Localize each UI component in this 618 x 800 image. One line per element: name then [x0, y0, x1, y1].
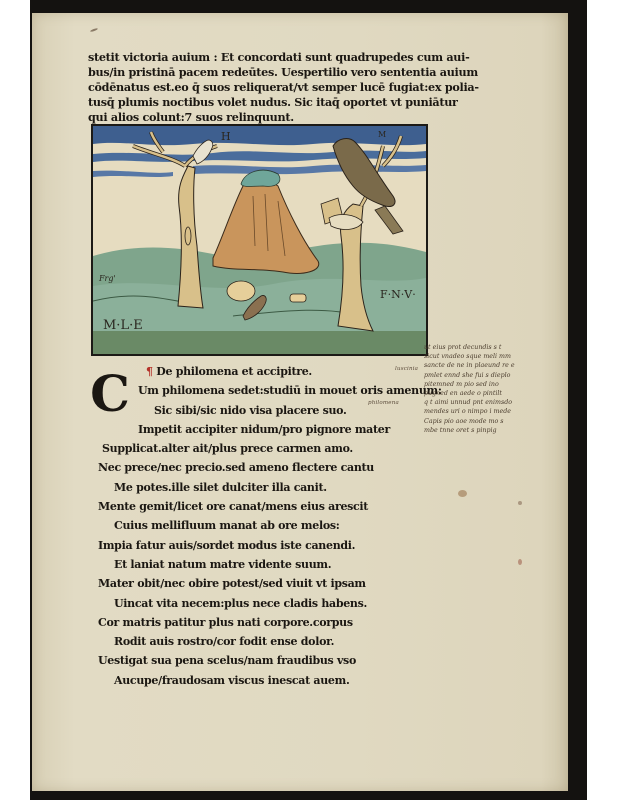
woodcut-label-top-center: H [221, 130, 231, 143]
poem-line: Cor matris patitur plus nati corpore.cor… [98, 613, 442, 632]
poem-line: Nec prece/nec precio.sed ameno flectere … [98, 458, 442, 477]
poem-line: Rodit auis rostro/cor fodit ense dolor. [98, 632, 442, 651]
marginalia-line: pitemned m pio sed ino [424, 380, 564, 389]
marginalia-line: mbe tnne oret s pinpig [424, 426, 564, 435]
ink-blot [90, 28, 98, 33]
poem-line: Uincat vita necem:plus nece cladis haben… [98, 594, 442, 613]
prose-line: stetit victoria auium : Et concordati su… [88, 50, 423, 65]
poem-line: Impetit accipiter nidum/pro pignore mate… [98, 420, 442, 439]
prose-text: stetit victoria auium : Et concordati su… [88, 50, 423, 125]
woodcut-label-bottom-left: M·L·E [103, 318, 143, 333]
foxing-spot [518, 501, 522, 505]
poem: ¶ De philomena et accipitre. Um philomen… [98, 362, 442, 690]
interlinear-gloss: luscinia [395, 366, 418, 372]
poem-title-row: ¶ De philomena et accipitre. [98, 362, 442, 381]
interlinear-gloss: philomena [368, 400, 399, 406]
poem-line: Um philomena sedet:studiū in mouet oris … [98, 381, 442, 400]
poem-line: Uestigat sua pena scelus/nam fraudibus v… [98, 651, 442, 670]
poem-line: Aucupe/fraudosam viscus inescat auem. [98, 671, 442, 690]
woodcut-illustration: H M M·L·E F·N·V· Frg' [91, 124, 428, 356]
marginalia-line: mendes uri o nimpo i mede [424, 407, 564, 416]
poem-title: De philomena et accipitre. [156, 365, 312, 378]
poem-line: Impia fatur auis/sordet modus iste canen… [98, 536, 442, 555]
woodcut-label-mid-left: Frg' [99, 274, 116, 283]
rubric-mark: ¶ [146, 365, 153, 378]
prose-line: cōdēnatus est.eo q̄ suos reliquerat/vt s… [88, 80, 423, 95]
woodcut-label-top-right: M [378, 130, 386, 139]
marginalia-line: q t aimi unnud pnt enimsdo [424, 398, 564, 407]
poem-line: Et laniat natum matre vidente suum. [98, 555, 442, 574]
prose-line: tusq̄ plumis noctibus volet nudus. Sic i… [88, 95, 423, 110]
foxing-spot [458, 490, 467, 497]
poem-line: Mente gemit/licet ore canat/mens eius ar… [98, 497, 442, 516]
poem-line: Mater obit/nec obire potest/sed viuit vt… [98, 574, 442, 593]
woodcut-label-bottom-right: F·N·V· [380, 288, 416, 301]
poem-line: Me potes.ille silet dulciter illa canit. [98, 478, 442, 497]
marginalia-line: pugned en aede o pintilt [424, 389, 564, 398]
prose-line: bus/in pristinā pacem redeūtes. Uesperti… [88, 65, 423, 80]
handwritten-marginalia: ut eius prot decundis s t sicut vnadeo s… [424, 343, 564, 435]
woodcut-scene-icon [93, 126, 426, 354]
marginalia-line: sicut vnadeo sque meli mm [424, 352, 564, 361]
marginalia-line: ut eius prot decundis s t [424, 343, 564, 352]
poem-line: Cuius mellifluum manat ab ore melos: [98, 516, 442, 535]
marginalia-line: Capis pio aoe mode mo s [424, 417, 564, 426]
poem-line: Supplicat.alter ait/plus prece carmen am… [98, 439, 442, 458]
marginalia-line: sancte de ne in plaeund re e [424, 361, 564, 370]
foxing-spot [518, 559, 522, 565]
marginalia-line: pmlet ennd she fui s dieplo [424, 371, 564, 380]
prose-line: qui alios colunt:7 suos relinquunt. [88, 110, 423, 125]
